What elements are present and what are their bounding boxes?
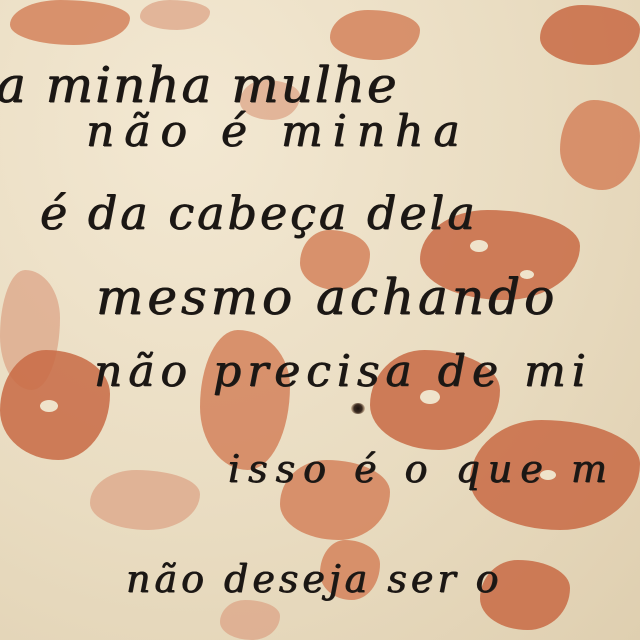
plaster-fleck bbox=[470, 240, 488, 252]
terracotta-patch bbox=[220, 600, 280, 640]
handwriting-line-5: não precisa de mi bbox=[94, 350, 592, 394]
terracotta-patch bbox=[540, 5, 640, 65]
terracotta-patch bbox=[560, 100, 640, 190]
plaster-wall: a minha mulhe não é minha é da cabeça de… bbox=[0, 0, 640, 640]
plaster-fleck bbox=[40, 400, 58, 412]
terracotta-patch bbox=[90, 470, 200, 530]
handwriting-line-2: não é minha bbox=[86, 110, 470, 154]
handwriting-line-7: não deseja ser o bbox=[126, 560, 503, 598]
handwriting-line-4: mesmo achando bbox=[96, 272, 558, 322]
handwriting-line-3: é da cabeça dela bbox=[40, 190, 478, 236]
terracotta-patch bbox=[330, 10, 420, 60]
handwriting-line-6: isso é o que m bbox=[228, 450, 615, 488]
terracotta-patch bbox=[140, 0, 210, 30]
nail-hole bbox=[351, 403, 365, 414]
terracotta-patch bbox=[10, 0, 130, 45]
handwriting-line-1: a minha mulhe bbox=[0, 60, 399, 110]
